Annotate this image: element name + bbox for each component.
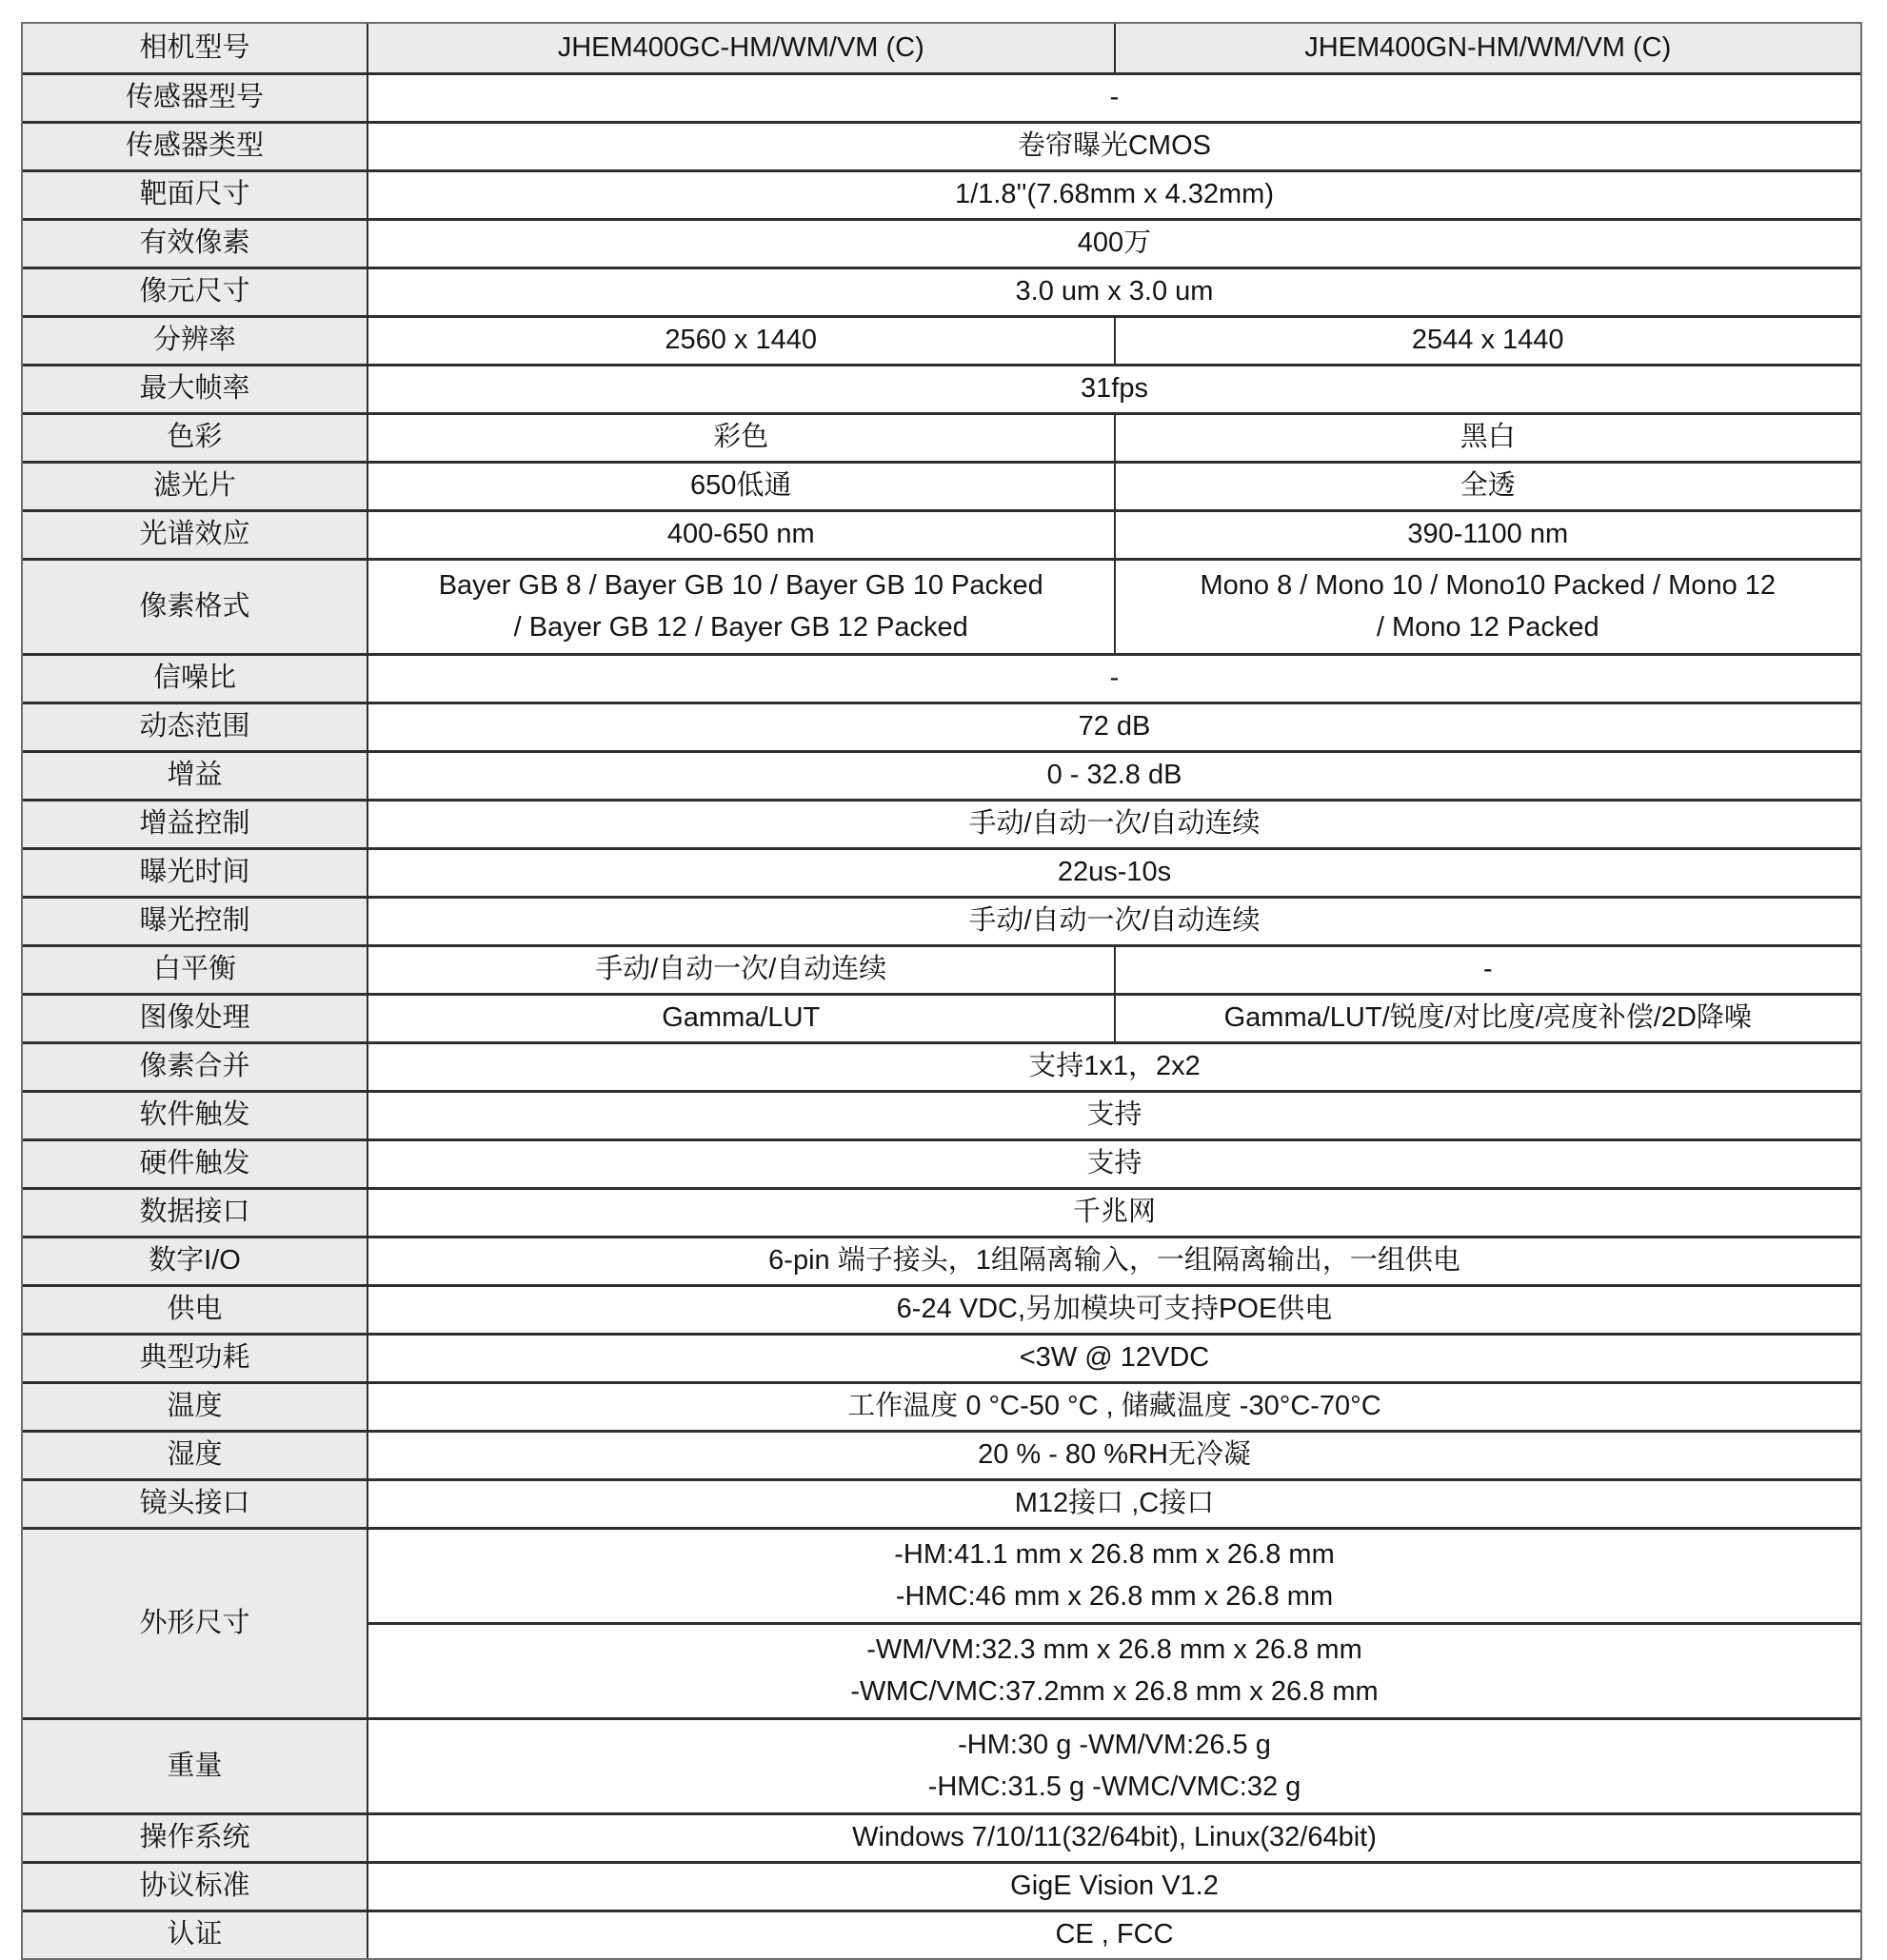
row-value-right: 2544 x 1440: [1116, 318, 1861, 364]
row-value: M12接口 ,C接口: [368, 1481, 1860, 1527]
row-value: 支持: [368, 1093, 1860, 1138]
table-row: 认证 CE , FCC: [23, 1910, 1860, 1958]
row-label: 增益控制: [23, 802, 368, 847]
row-label: 色彩: [23, 415, 368, 461]
row-label: 图像处理: [23, 996, 368, 1041]
row-value-left: JHEM400GC-HM/WM/VM (C): [368, 24, 1116, 72]
row-value: 31fps: [368, 366, 1860, 412]
row-label: 曝光时间: [23, 850, 368, 896]
table-row: 最大帧率 31fps: [23, 364, 1860, 412]
table-row: 增益 0 - 32.8 dB: [23, 750, 1860, 799]
table-row: 相机型号 JHEM400GC-HM/WM/VM (C) JHEM400GN-HM…: [23, 24, 1860, 72]
row-value-right: JHEM400GN-HM/WM/VM (C): [1116, 24, 1861, 72]
table-row: 信噪比 -: [23, 653, 1860, 702]
row-label: 曝光控制: [23, 899, 368, 944]
row-value: 72 dB: [368, 704, 1860, 750]
row-label: 动态范围: [23, 704, 368, 750]
row-label: 传感器型号: [23, 75, 368, 121]
table-row: 动态范围 72 dB: [23, 702, 1860, 750]
table-row: 像素格式 Bayer GB 8 / Bayer GB 10 / Bayer GB…: [23, 558, 1860, 653]
row-value: 3.0 um x 3.0 um: [368, 269, 1860, 315]
row-value-left: 2560 x 1440: [368, 318, 1116, 364]
row-value-bottom: -WM/VM:32.3 mm x 26.8 mm x 26.8 mm -WMC/…: [368, 1625, 1860, 1717]
row-value-left: 彩色: [368, 415, 1116, 461]
table-row: 硬件触发 支持: [23, 1138, 1860, 1187]
row-value-left: 650低通: [368, 464, 1116, 509]
row-label: 最大帧率: [23, 366, 368, 412]
table-row: 像素合并 支持1x1，2x2: [23, 1041, 1860, 1090]
table-row: 像元尺寸 3.0 um x 3.0 um: [23, 267, 1860, 315]
row-label: 光谱效应: [23, 512, 368, 558]
row-value: -: [368, 656, 1860, 702]
row-label: 靶面尺寸: [23, 172, 368, 218]
table-row: 湿度 20 % - 80 %RH无冷凝: [23, 1430, 1860, 1478]
row-label: 像素格式: [23, 561, 368, 653]
row-value: 6-24 VDC,另加模块可支持POE供电: [368, 1287, 1860, 1333]
row-value: 1/1.8''(7.68mm x 4.32mm): [368, 172, 1860, 218]
row-value-right: 黑白: [1116, 415, 1861, 461]
row-value: 千兆网: [368, 1190, 1860, 1236]
table-row: 分辨率 2560 x 1440 2544 x 1440: [23, 315, 1860, 364]
table-row: 传感器类型 卷帘曝光CMOS: [23, 121, 1860, 169]
row-label: 外形尺寸: [23, 1530, 368, 1717]
row-value-right: -: [1116, 947, 1861, 993]
row-value-right: Gamma/LUT/锐度/对比度/亮度补偿/2D降噪: [1116, 996, 1861, 1041]
row-label: 传感器类型: [23, 124, 368, 169]
row-label: 协议标准: [23, 1864, 368, 1910]
row-value-left: Gamma/LUT: [368, 996, 1116, 1041]
row-value: -: [368, 75, 1860, 121]
row-value: 支持: [368, 1141, 1860, 1187]
table-row: 白平衡 手动/自动一次/自动连续 -: [23, 944, 1860, 993]
table-row: 滤光片 650低通 全透: [23, 461, 1860, 509]
table-row: 传感器型号 -: [23, 72, 1860, 121]
table-row: 软件触发 支持: [23, 1090, 1860, 1138]
row-value-right: Mono 8 / Mono 10 / Mono10 Packed / Mono …: [1116, 561, 1861, 653]
row-value: 卷帘曝光CMOS: [368, 124, 1860, 169]
table-row: 供电 6-24 VDC,另加模块可支持POE供电: [23, 1284, 1860, 1333]
row-value-left: 400-650 nm: [368, 512, 1116, 558]
row-value-right: 390-1100 nm: [1116, 512, 1861, 558]
row-value: 手动/自动一次/自动连续: [368, 899, 1860, 944]
row-value: Windows 7/10/11(32/64bit), Linux(32/64bi…: [368, 1815, 1860, 1861]
row-label: 数据接口: [23, 1190, 368, 1236]
spec-table: 相机型号 JHEM400GC-HM/WM/VM (C) JHEM400GN-HM…: [21, 22, 1862, 1960]
row-value: GigE Vision V1.2: [368, 1864, 1860, 1910]
row-label: 温度: [23, 1384, 368, 1430]
row-value: 22us-10s: [368, 850, 1860, 896]
table-row: 有效像素 400万: [23, 218, 1860, 267]
table-row: 数据接口 千兆网: [23, 1187, 1860, 1236]
table-row: 靶面尺寸 1/1.8''(7.68mm x 4.32mm): [23, 169, 1860, 218]
table-row: 曝光控制 手动/自动一次/自动连续: [23, 896, 1860, 944]
row-value: <3W @ 12VDC: [368, 1336, 1860, 1381]
row-label: 湿度: [23, 1433, 368, 1478]
row-label: 供电: [23, 1287, 368, 1333]
row-value: 手动/自动一次/自动连续: [368, 802, 1860, 847]
table-row: 重量 -HM:30 g -WM/VM:26.5 g -HMC:31.5 g -W…: [23, 1717, 1860, 1812]
row-label: 镜头接口: [23, 1481, 368, 1527]
table-row: 典型功耗 <3W @ 12VDC: [23, 1333, 1860, 1381]
row-value: 400万: [368, 221, 1860, 267]
table-row: 操作系统 Windows 7/10/11(32/64bit), Linux(32…: [23, 1812, 1860, 1861]
table-row: 外形尺寸 -HM:41.1 mm x 26.8 mm x 26.8 mm -HM…: [23, 1527, 1860, 1717]
row-label: 白平衡: [23, 947, 368, 993]
row-label: 增益: [23, 753, 368, 799]
row-label: 信噪比: [23, 656, 368, 702]
row-value: 6-pin 端子接头，1组隔离输入，一组隔离输出，一组供电: [368, 1238, 1860, 1284]
row-value: 0 - 32.8 dB: [368, 753, 1860, 799]
row-label: 有效像素: [23, 221, 368, 267]
row-label: 软件触发: [23, 1093, 368, 1138]
table-row: 协议标准 GigE Vision V1.2: [23, 1861, 1860, 1910]
table-row: 温度 工作温度 0 °C-50 °C , 储藏温度 -30°C-70°C: [23, 1381, 1860, 1430]
row-label: 分辨率: [23, 318, 368, 364]
table-row: 曝光时间 22us-10s: [23, 847, 1860, 896]
row-label: 数字I/O: [23, 1238, 368, 1284]
row-label: 操作系统: [23, 1815, 368, 1861]
row-value-top: -HM:41.1 mm x 26.8 mm x 26.8 mm -HMC:46 …: [368, 1530, 1860, 1625]
row-label: 相机型号: [23, 24, 368, 72]
table-row: 色彩 彩色 黑白: [23, 412, 1860, 461]
row-value: 支持1x1，2x2: [368, 1044, 1860, 1090]
table-row: 镜头接口 M12接口 ,C接口: [23, 1478, 1860, 1527]
row-value-left: 手动/自动一次/自动连续: [368, 947, 1116, 993]
table-row: 光谱效应 400-650 nm 390-1100 nm: [23, 509, 1860, 558]
table-row: 数字I/O 6-pin 端子接头，1组隔离输入，一组隔离输出，一组供电: [23, 1236, 1860, 1284]
row-value: CE , FCC: [368, 1912, 1860, 1958]
row-value: 20 % - 80 %RH无冷凝: [368, 1433, 1860, 1478]
row-label: 重量: [23, 1720, 368, 1812]
row-value-stack: -HM:41.1 mm x 26.8 mm x 26.8 mm -HMC:46 …: [368, 1530, 1860, 1717]
row-value: 工作温度 0 °C-50 °C , 储藏温度 -30°C-70°C: [368, 1384, 1860, 1430]
row-label: 典型功耗: [23, 1336, 368, 1381]
row-value-left: Bayer GB 8 / Bayer GB 10 / Bayer GB 10 P…: [368, 561, 1116, 653]
row-label: 像素合并: [23, 1044, 368, 1090]
row-value: -HM:30 g -WM/VM:26.5 g -HMC:31.5 g -WMC/…: [368, 1720, 1860, 1812]
row-label: 像元尺寸: [23, 269, 368, 315]
table-row: 图像处理 Gamma/LUT Gamma/LUT/锐度/对比度/亮度补偿/2D降…: [23, 993, 1860, 1041]
row-label: 滤光片: [23, 464, 368, 509]
row-label: 认证: [23, 1912, 368, 1958]
table-row: 增益控制 手动/自动一次/自动连续: [23, 799, 1860, 847]
row-label: 硬件触发: [23, 1141, 368, 1187]
row-value-right: 全透: [1116, 464, 1861, 509]
